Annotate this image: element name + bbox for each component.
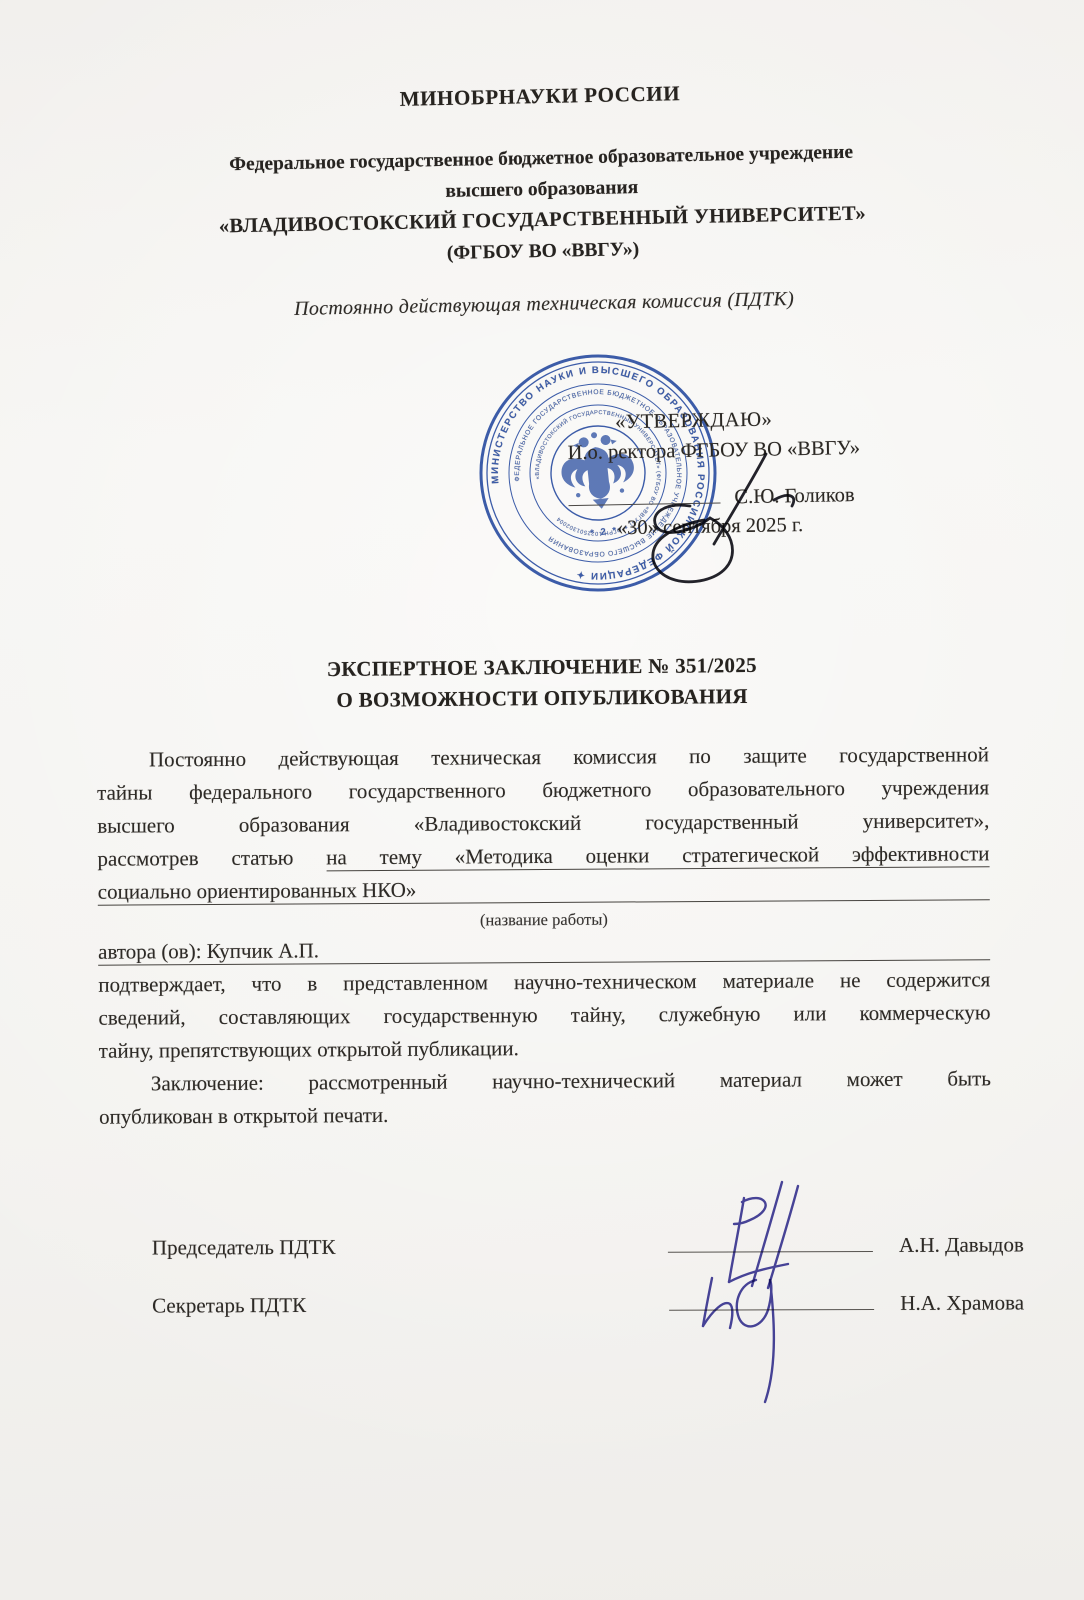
scanned-document-page: МИНОБРНАУКИ РОССИИ Федеральное государст…	[0, 0, 1084, 1600]
secretary-row: Секретарь ПДТК Н.А. Храмова	[152, 1286, 1024, 1322]
body-line: тайны федерального государственного бюдж…	[97, 771, 989, 809]
spacer	[336, 1253, 669, 1254]
secretary-signature-ink	[672, 1242, 822, 1412]
body-line: рассмотрев статью на тему «Методика оцен…	[97, 837, 989, 875]
body-line: тайну, препятствующих открытой публикаци…	[99, 1029, 991, 1067]
work-title-underlined: на тему «Методика оценки стратегической …	[326, 841, 989, 871]
ministry-name: МИНОБРНАУКИ РОССИИ	[0, 73, 1082, 120]
conclusion-line: Заключение: рассмотренный научно-техниче…	[99, 1062, 991, 1100]
chairman-role: Председатель ПДТК	[152, 1231, 336, 1265]
authors-text: автора (ов): Купчик А.П.	[98, 934, 319, 968]
document-title: ЭКСПЕРТНОЕ ЗАКЛЮЧЕНИЕ № 351/2025 О ВОЗМО…	[0, 647, 1084, 719]
secretary-role: Секретарь ПДТК	[152, 1289, 306, 1323]
chairman-name: А.Н. Давыдов	[899, 1228, 1024, 1261]
document-header: МИНОБРНАУКИ РОССИИ Федеральное государст…	[0, 73, 1084, 327]
spacer	[306, 1311, 669, 1312]
commission-line: Постоянно действующая техническая комисс…	[2, 282, 1084, 327]
body-line: подтверждает, что в представленном научн…	[98, 963, 990, 1001]
body-line: Постоянно действующая техническая комисс…	[97, 738, 989, 776]
body-line: сведений, составляющих государственную т…	[98, 996, 990, 1034]
work-title-line2: социально ориентированных НКО»	[98, 870, 990, 908]
chairman-row: Председатель ПДТК А.Н. Давыдов	[152, 1228, 1024, 1264]
document-body: Постоянно действующая техническая комисс…	[97, 738, 991, 1133]
authors-line: автора (ов): Купчик А.П.	[98, 930, 990, 968]
body-text: рассмотрев статью	[97, 845, 326, 870]
conclusion-line: опубликован в открытой печати.	[99, 1095, 991, 1133]
work-title-underlined: социально ориентированных НКО»	[98, 874, 417, 909]
secretary-name: Н.А. Храмова	[900, 1286, 1024, 1319]
signature-rows: Председатель ПДТК А.Н. Давыдов Секретарь…	[152, 1228, 1024, 1322]
rector-signature-ink	[598, 448, 838, 608]
body-line: высшего образования «Владивостокский гос…	[97, 804, 989, 842]
